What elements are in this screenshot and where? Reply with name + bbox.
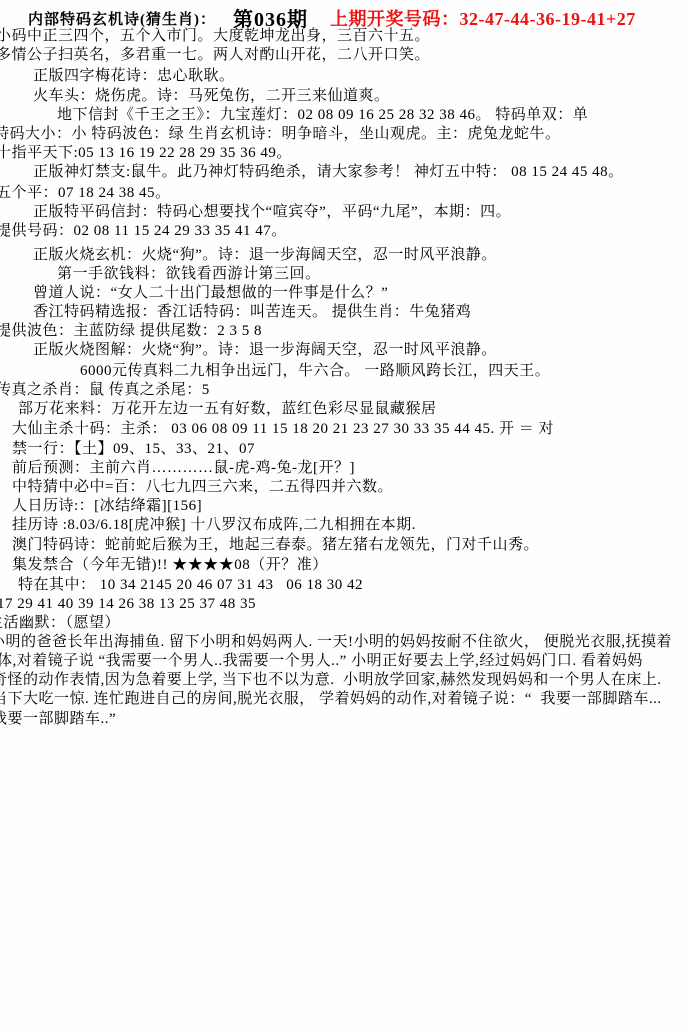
text-line: 火车头：烧伤虎。诗：马死兔伤，二开三来仙道爽。 [33, 87, 390, 106]
text-line: 特码大小：小 特码波色：绿 生肖玄机诗：明争暗斗，坐山观虎。主：虎兔龙蛇牛。 [0, 125, 561, 144]
text-line: 正版四字梅花诗：忠心耿耿。 [33, 67, 235, 86]
text-line: 地下信封《千王之王》：九宝莲灯：02 08 09 16 25 28 32 38 … [57, 106, 588, 125]
text-line: 正版火烧玄机：火烧“狗”。诗：退一步海阔天空，忍一时风平浪静。 [33, 246, 497, 265]
text-line: 17 29 41 40 39 14 26 38 13 25 37 48 35 [0, 595, 256, 614]
text-line: 小明的爸爸长年出海捕鱼. 留下小明和妈妈两人. 一天!小明的妈妈按耐不住欲火， … [0, 633, 672, 652]
text-line: 禁一行：【土】09、15、33、21、07 [12, 440, 255, 459]
text-line: 提供号码：02 08 11 15 24 29 33 35 41 47。 [0, 222, 287, 241]
text-line: 人日历诗:：[冰结绛霜][156] [12, 497, 202, 516]
text-line: 奇怪的动作表情,因为急着要上学, 当下也不以为意. 小明放学回家,赫然发现妈妈和… [0, 671, 662, 690]
text-line: 香江特码精选报：香江话特码：叫苦连天。 提供生肖：牛兔猪鸡 [33, 303, 471, 322]
text-line: 生活幽默：（愿望） [0, 614, 120, 633]
text-line: 集发禁合（今年无错)!! ★★★★08（开？准） [12, 556, 328, 575]
text-line: 体,对着镜子说 “我需要一个男人..我需要一个男人..” 小明正好要去上学,经过… [0, 652, 643, 671]
text-line: 多情公子扫英名，多君重一七。两人对酌山开花，二八开口笑。 [0, 46, 430, 65]
text-line: 中特猜中必中=百：八七九四三六来，二五得四并六数。 [12, 478, 393, 497]
text-line: 第一手欲钱料：欲钱看西游计第三回。 [57, 265, 321, 284]
text-line: 十指平天下:05 13 16 19 22 28 29 35 36 49。 [0, 144, 292, 163]
text-line: 挂历诗 :8.03/6.18[虎冲猴] 十八罗汉布成阵,二九相拥在本期. [12, 516, 416, 535]
text-line: 正版火烧图解：火烧“狗”。诗：退一步海阔天空，忍一时风平浪静。 [33, 341, 497, 360]
text-line: 部万花来料：万花开左边一五有好数，蓝红色彩尽显鼠藏猴居 [18, 400, 437, 419]
text-line: 小码中正三四个，五个入市门。大度乾坤龙出身，三百六十五。 [0, 27, 430, 46]
text-line: 特在其中： 10 34 2145 20 46 07 31 43 06 18 30… [18, 576, 363, 595]
page-title: 内部特码玄机诗(猜生肖)： [28, 8, 216, 29]
text-line: 传真之杀肖：鼠 传真之杀尾：5 [0, 381, 210, 400]
text-line: 五个平：07 18 24 38 45。 [0, 184, 171, 203]
text-line: 正版神灯禁支:鼠牛。此乃神灯特码绝杀，请大家参考！ 神灯五中特： 08 15 2… [33, 163, 624, 182]
lottery-tip-sheet: 内部特码玄机诗(猜生肖)： 第036期 上期开奖号码：32-47-44-36-1… [0, 0, 690, 1033]
text-line: 我要一部脚踏车..” [0, 710, 116, 729]
text-line: 前后预测：主前六肖…………鼠-虎-鸡-兔-龙[开？] [12, 459, 355, 478]
text-line: 6000元传真料二九相争出远门，牛六合。 一路顺风跨长江，四天王。 [80, 362, 550, 381]
text-line: 正版特平码信封：特码心想要找个“喧宾夺”，平码“九尾”，本期：四。 [33, 203, 511, 222]
text-line: 大仙主杀十码：主杀： 03 06 08 09 11 15 18 20 21 23… [12, 420, 554, 439]
text-line: 澳门特码诗：蛇前蛇后猴为王，地起三春泰。猪左猪右龙领先，门对千山秀。 [12, 536, 539, 555]
text-line: 曾道人说：“女人二十出门最想做的一件事是什么？” [33, 284, 388, 303]
text-line: 当下大吃一惊. 连忙跑进自己的房间,脱光衣服， 学着妈妈的动作,对着镜子说：“ … [0, 690, 662, 709]
text-line: 提供波色：主蓝防绿 提供尾数：2 3 5 8 [0, 322, 262, 341]
